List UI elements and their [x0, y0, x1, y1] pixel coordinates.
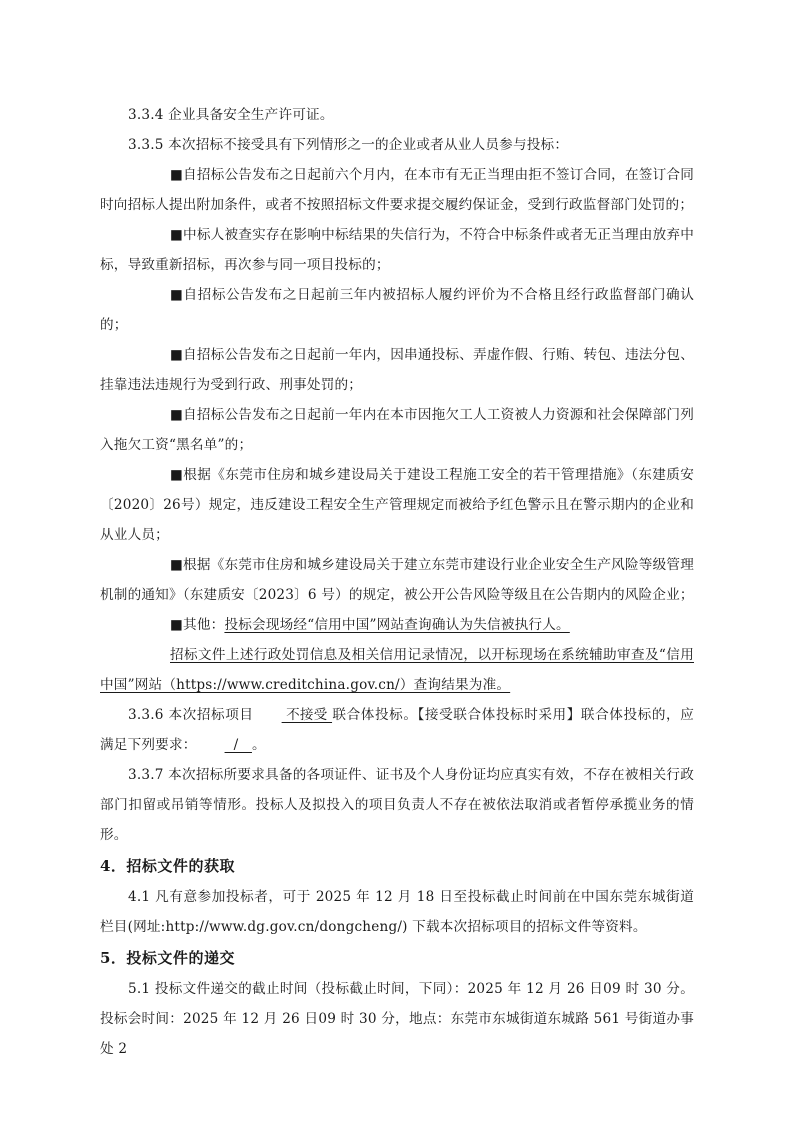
document-page: 3.3.4 企业具备安全生产许可证。 3.3.5 本次招标不接受具有下列情形之一… [100, 100, 694, 1064]
clause-5-1: 5.1 投标文件递交的截止时间（投标截止时间，下同）：2025 年 12 月 2… [100, 974, 694, 1064]
exclusion-bullet: ■根据《东莞市住房和城乡建设局关于建立东莞市建设行业企业安全生产风险等级管理机制… [100, 550, 694, 610]
clause-3-3-6: 3.3.6 本次招标项目 不接受 联合体投标。【接受联合体投标时采用】联合体投标… [100, 700, 694, 760]
heading-section-5: 5．投标文件的递交 [100, 942, 694, 974]
clause-3-3-6-suffix: 。 [252, 737, 266, 753]
consortium-requirement-value: / [197, 730, 252, 760]
exclusion-bullet: ■自招标公告发布之日起前一年内在本市因拖欠工人工资被人力资源和社会保障部门列入拖… [100, 400, 694, 460]
heading-section-4: 4．招标文件的获取 [100, 850, 694, 882]
clause-3-3-6-prefix: 3.3.6 本次招标项目 [128, 707, 254, 723]
exclusion-bullet: ■自招标公告发布之日起前三年内被招标人履约评价为不合格且经行政监督部门确认的； [100, 280, 694, 340]
exclusion-bullet-other: ■其他：投标会现场经“信用中国”网站查询确认为失信被执行人。 [100, 610, 694, 640]
clause-3-3-4: 3.3.4 企业具备安全生产许可证。 [100, 100, 694, 130]
exclusion-bullet: ■根据《东莞市住房和城乡建设局关于建设工程施工安全的若干管理措施》（东建质安〔2… [100, 460, 694, 550]
exclusion-bullet: ■自招标公告发布之日起前六个月内，在本市有无正当理由拒不签订合同，在签订合同时向… [100, 160, 694, 220]
clause-3-3-7: 3.3.7 本次招标所要求具备的各项证件、证书及个人身份证均应真实有效，不存在被… [100, 760, 694, 850]
exclusion-bullet: ■自招标公告发布之日起前一年内，因串通投标、弄虚作假、行贿、转包、违法分包、挂靠… [100, 340, 694, 400]
exclusion-bullet: ■中标人被查实存在影响中标结果的失信行为，不符合中标条件或者无正当理由放弃中标，… [100, 220, 694, 280]
clause-3-3-5-intro: 3.3.5 本次招标不接受具有下列情形之一的企业或者从业人员参与投标： [100, 130, 694, 160]
clause-4-1: 4.1 凡有意参加投标者，可于 2025 年 12 月 18 日至投标截止时间前… [100, 882, 694, 942]
credit-note-text: 招标文件上述行政处罚信息及相关信用记录情况，以开标现场在系统辅助审查及“信用中国… [100, 647, 694, 693]
other-prefix: ■其他： [170, 617, 224, 633]
credit-note: 招标文件上述行政处罚信息及相关信用记录情况，以开标现场在系统辅助审查及“信用中国… [100, 640, 694, 700]
other-text: 投标会现场经“信用中国”网站查询确认为失信被执行人。 [224, 617, 569, 633]
consortium-accept-value: 不接受 [254, 700, 332, 730]
